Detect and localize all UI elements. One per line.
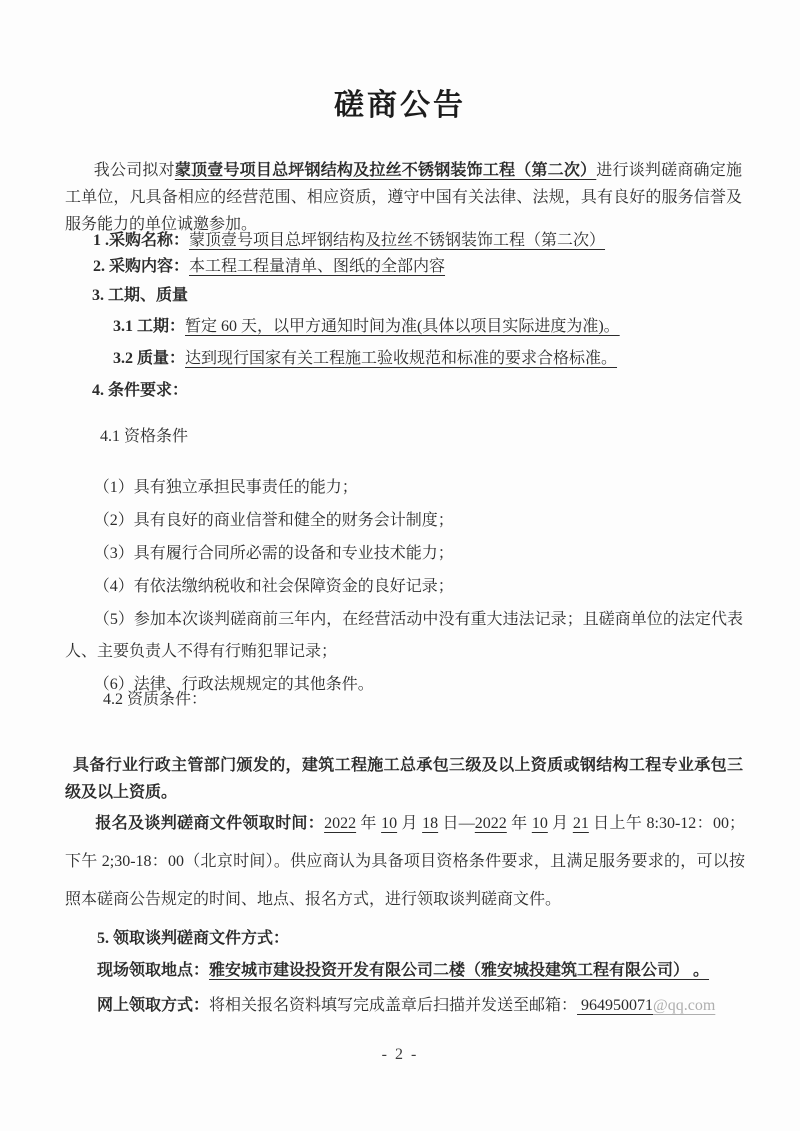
purchase-name-label: 1 .采购名称： xyxy=(93,232,189,249)
credential-heading: 4.2 资质条件： xyxy=(103,689,207,711)
page-title: 磋商公告 xyxy=(0,80,800,124)
signup-sep: 年 xyxy=(507,815,532,832)
eligibility-heading: 4.1 资格条件 xyxy=(100,426,188,448)
intro-lead: 我公司拟对 xyxy=(94,162,175,179)
duration-label: 3.1 工期： xyxy=(113,318,185,335)
signup-year2: 2022 xyxy=(475,815,507,832)
email-address-user: 964950071 xyxy=(577,997,653,1014)
purchase-content-label: 2. 采购内容： xyxy=(93,258,189,275)
project-name-highlight: 蒙顶壹号项目总坪钢结构及拉丝不锈钢装饰工程（第二次） xyxy=(175,162,596,179)
condition-5: （5）参加本次谈判磋商前三年内，在经营活动中没有重大违法记录；且磋商单位的法定代… xyxy=(65,604,743,668)
signup-day2: 21 xyxy=(573,815,589,832)
signup-sep: 月 xyxy=(397,815,422,832)
condition-4: （4）有依法缴纳税收和社会保障资金的良好记录； xyxy=(65,571,743,603)
condition-1: （1）具有独立承担民事责任的能力； xyxy=(65,472,743,504)
condition-3: （3）具有履行合同所必需的设备和专业技术能力； xyxy=(65,538,743,570)
email-address-domain: @qq.com xyxy=(653,997,715,1014)
schedule-heading: 3. 工期、质量 xyxy=(92,285,188,307)
duration-value: 暂定 60 天，以甲方通知时间为准(具体以项目实际进度为准)。 xyxy=(185,318,620,335)
purchase-name-item: 1 .采购名称：蒙顶壹号项目总坪钢结构及拉丝不锈钢装饰工程（第二次） xyxy=(93,230,605,252)
signup-month1: 10 xyxy=(381,815,397,832)
signup-year1: 2022 xyxy=(324,815,356,832)
signup-sep: 日— xyxy=(438,815,475,832)
online-pickup-item: 网上领取方式：将相关报名资料填写完成盖章后扫描并发送至邮箱： 964950071… xyxy=(97,995,715,1017)
signup-month2: 10 xyxy=(532,815,548,832)
signup-day1: 18 xyxy=(422,815,438,832)
online-pickup-label: 网上领取方式： xyxy=(97,997,209,1014)
signup-sep: 年 xyxy=(356,815,381,832)
announcement-page: 磋商公告 我公司拟对蒙顶壹号项目总坪钢结构及拉丝不锈钢装饰工程（第二次）进行谈判… xyxy=(0,0,800,1131)
purchase-content-item: 2. 采购内容：本工程工程量清单、图纸的全部内容 xyxy=(93,256,445,278)
signup-time-paragraph: 报名及谈判磋商文件领取时间：2022 年 10 月 18 日—2022 年 10… xyxy=(65,805,745,919)
signup-sep: 月 xyxy=(548,815,573,832)
online-pickup-text: 将相关报名资料填写完成盖章后扫描并发送至邮箱： xyxy=(209,997,577,1014)
purchase-content-value: 本工程工程量清单、图纸的全部内容 xyxy=(189,258,445,275)
duration-item: 3.1 工期：暂定 60 天，以甲方通知时间为准(具体以项目实际进度为准)。 xyxy=(113,316,620,338)
purchase-name-value: 蒙顶壹号项目总坪钢结构及拉丝不锈钢装饰工程（第二次） xyxy=(189,232,605,249)
onsite-pickup-item: 现场领取地点：雅安城市建设投资开发有限公司二楼（雅安城投建筑工程有限公司） 。 xyxy=(97,960,709,982)
intro-paragraph: 我公司拟对蒙顶壹号项目总坪钢结构及拉丝不锈钢装饰工程（第二次）进行谈判磋商确定施… xyxy=(65,157,742,238)
onsite-pickup-value: 雅安城市建设投资开发有限公司二楼（雅安城投建筑工程有限公司） 。 xyxy=(209,962,709,979)
quality-item: 3.2 质量：达到现行国家有关工程施工验收规范和标准的要求合格标准。 xyxy=(113,348,617,370)
signup-time-label: 报名及谈判磋商文件领取时间： xyxy=(95,815,324,832)
condition-2: （2）具有良好的商业信誉和健全的财务会计制度； xyxy=(65,505,743,537)
credential-paragraph: 具备行业行政主管部门颁发的，建筑工程施工总承包三级及以上资质或钢结构工程专业承包… xyxy=(65,752,743,806)
page-number: - 2 - xyxy=(0,1046,800,1064)
requirements-heading: 4. 条件要求： xyxy=(92,380,188,402)
collection-method-heading: 5. 领取谈判磋商文件方式： xyxy=(97,928,289,950)
quality-label: 3.2 质量： xyxy=(113,350,185,367)
onsite-pickup-label: 现场领取地点： xyxy=(97,962,209,979)
quality-value: 达到现行国家有关工程施工验收规范和标准的要求合格标准。 xyxy=(185,350,617,367)
